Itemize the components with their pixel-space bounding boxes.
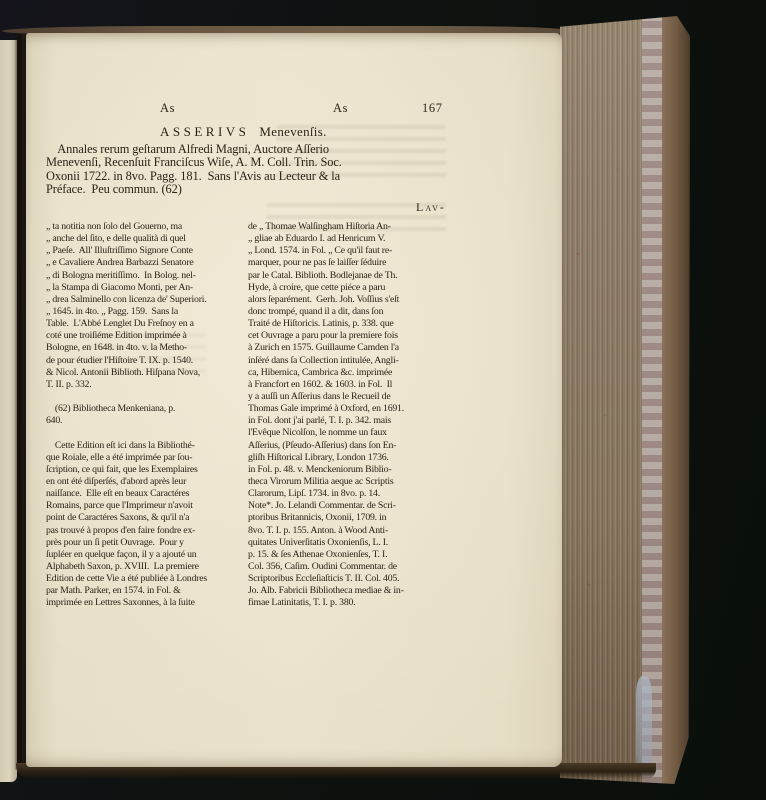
page-number: 167 [422,101,443,116]
text-line: & Nicol. Antonii Biblioth. Hiſpana Nova, [46,367,246,379]
left-column: „ ta notitia non ſolo del Gouerno, ma„ a… [46,221,246,610]
marbled-endpaper-edge [642,16,662,784]
page-stack-edge [560,16,642,784]
text-line: „ gliae ab Eduardo I. ad Henricum V. [248,233,454,245]
text-line: Col. 356, Caſim. Oudini Commentar. de [248,561,454,573]
text-line: Scriptoribus Eccleſiaſticis T. II. Col. … [248,573,454,585]
text-line: „ ta notitia non ſolo del Gouerno, ma [46,221,246,233]
text-line: Bologne, en 1648. in 4to. v. la Metho- [46,342,246,354]
text-line: ſupléer en quelque façon, il y a ajouté … [46,549,246,561]
text-line: par le Catal. Biblioth. Bodlejanae de Th… [248,270,454,282]
running-head: As As 167 [26,101,562,117]
text-line: „ di Bologna meritiſſimo. In Bolog. nel- [46,270,246,282]
marbled-corner-detail [636,676,652,772]
text-line: Jo. Alb. Fabricii Bibliotheca mediae & i… [248,585,454,597]
text-line: Clarorum, Lipſ. 1734. in 8vo. p. 14. [248,488,454,500]
text-line: 640. [46,415,246,427]
right-column: de „ Thomae Walſingham Hiſtoria An-„ gli… [248,221,454,610]
text-line: à Zurich en 1575. Guillaume Camden l'a [248,342,454,354]
running-head-center: As [333,101,348,116]
text-line: Table. L'Abbé Lenglet Du Freſnoy en a [46,318,246,330]
text-line: Romains, parce que l'Imprimeur n'avoit [46,500,246,512]
text-line [46,391,246,403]
text-line: coté une troiſiéme Edition imprimée à [46,330,246,342]
running-head-left: As [160,101,175,116]
text-line: que Roiale, elle a été imprimée par ſou- [46,452,246,464]
text-line: donc trompé, quand il a dit, dans ſon [248,306,454,318]
text-line: „ la Stampa di Giacomo Monti, per An- [46,282,246,294]
text-line: quitates Univerſitatis Oxonienſis, L. I. [248,537,454,549]
book-page: As As 167 ASSERIVSMenevenſis. Annales re… [26,33,562,767]
text-line: in Fol. dont j'ai parlé, T. I. p. 342. m… [248,415,454,427]
text-line: de pour étudier l'Hiſtoire T. IX. p. 154… [46,355,246,367]
text-line: „ Lond. 1574. in Fol. „ Ce qu'il faut re… [248,245,454,257]
text-line: à Francfort en 1602. & 1603. in Fol. Il [248,379,454,391]
text-line: Cette Edition eſt ici dans la Bibliothé- [46,440,246,452]
entry-title: ASSERIVSMenevenſis. [160,124,327,140]
book-scan: As As 167 ASSERIVSMenevenſis. Annales re… [0,0,766,800]
book-fore-edge [560,16,690,784]
text-line: p. 15. & ſes Athenae Oxonienſes, T. I. [248,549,454,561]
text-line: marquer, pour ne pas ſe laiſſer ſéduire [248,257,454,269]
text-line: Préface. Peu commun. (62) [46,183,450,196]
text-line: naiſſance. Elle eſt en beaux Caractéres [46,488,246,500]
text-line: ptoribus Britannicis, Oxonii, 1709. in [248,512,454,524]
text-line: Thomas Gale imprimé à Oxford, en 1691. [248,403,454,415]
text-line: ſcription, ce qui fait, que les Exemplai… [46,464,246,476]
text-line: en ont été diſperſés, d'abord après leur [46,476,246,488]
text-line: „ e Cavaliere Andrea Barbazzi Senatore [46,257,246,269]
text-line: Traité de Hiſtoricis. Latinis, p. 338. q… [248,318,454,330]
text-line: in Fol. p. 48. v. Menckeniorum Biblio- [248,464,454,476]
catchword: Lav- [416,200,446,215]
text-line: „ 1645. in 4to. „ Pagg. 159. Sans la [46,306,246,318]
entry-description: Annales rerum geſtarum Alfredi Magni, Au… [46,143,450,196]
text-line: Annales rerum geſtarum Alfredi Magni, Au… [46,143,450,156]
text-line: Alphabeth Saxon, p. XVIII. La premiere [46,561,246,573]
text-line: 8vo. T. I. p. 155. Anton. à Wood Anti- [248,525,454,537]
text-line: cet Ouvrage a paru pour la premiere fois [248,330,454,342]
text-line: près pour un ſi petit Ouvrage. Pour y [46,537,246,549]
text-line: ca, Hibernica, Cambrica &c. imprimée [248,367,454,379]
text-line: l'Evêque Nicolſon, le nomme un faux [248,427,454,439]
text-line [46,427,246,439]
cover-board-edge [662,16,690,784]
text-line: pas trouvé à propos d'en faire fondre ex… [46,525,246,537]
text-line: T. II. p. 332. [46,379,246,391]
text-line: y a auſſi un Aſſerius dans le Recueil de [248,391,454,403]
text-line: inſéré dans ſa Collection intitulée, Ang… [248,355,454,367]
text-line: Oxonii 1722. in 8vo. Pagg. 181. Sans l'A… [46,170,450,183]
text-line: Aſſerius, (Pſeudo-Aſſerius) dans ſon En- [248,440,454,452]
text-line: fimae Latinitatis, T. I. p. 380. [248,597,454,609]
text-line: theca Virorum Militia aeque ac Scriptis [248,476,454,488]
entry-title-epithet: Menevenſis. [259,124,326,139]
entry-title-name: ASSERIVS [160,124,249,139]
text-line: „ Paeſe. All' Illuſtriſſimo Signore Cont… [46,245,246,257]
text-line: Hyde, à croire, que cette piéce a paru [248,282,454,294]
text-line: „ drea Salminello con licenza de' Superi… [46,294,246,306]
text-line: gliſh Hiſtorical Library, London 1736. [248,452,454,464]
text-line: „ anche del ſito, e delle qualità di que… [46,233,246,245]
text-line: Note*. Jo. Lelandi Commentar. de Scri- [248,500,454,512]
text-line: (62) Bibliotheca Menkeniana, p. [46,403,246,415]
text-line: imprimée en Lettres Saxonnes, à la ſuite [46,597,246,609]
text-line: par Math. Parker, en 1574. in Fol. & [46,585,246,597]
text-line: Edition de cette Vie a été publiée à Lon… [46,573,246,585]
text-line: Menevenſi, Recenſuit Franciſcus Wiſe, A.… [46,156,450,169]
text-line: de „ Thomae Walſingham Hiſtoria An- [248,221,454,233]
text-line: point de Caractéres Saxons, & qu'il n'a [46,512,246,524]
text-line: alors ſeparément. Gerh. Joh. Voſſius s'e… [248,294,454,306]
